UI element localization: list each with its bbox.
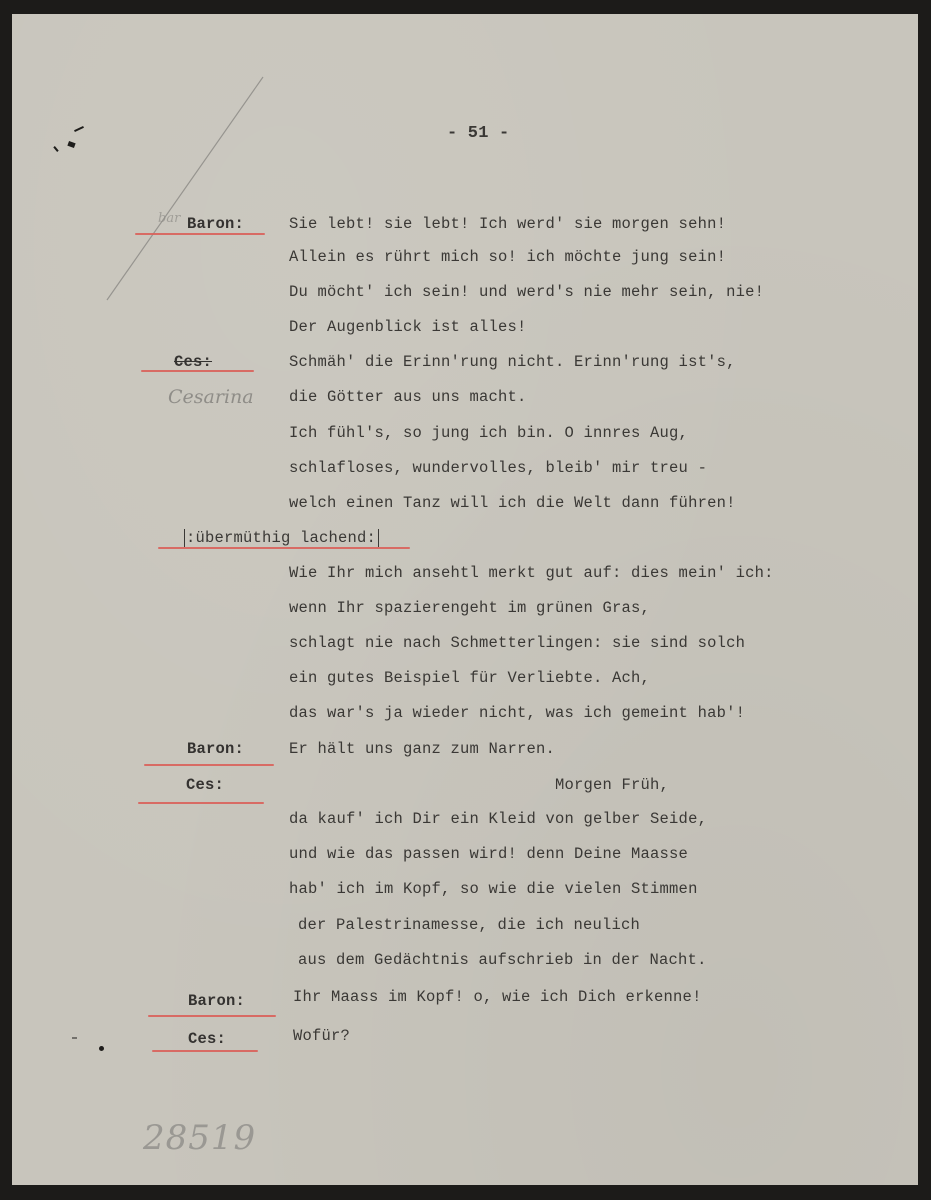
speaker-label: Baron: [187,215,244,233]
dialogue-line: Morgen Früh, [555,776,669,794]
red-underline-mark [135,233,265,235]
dialogue-line: und wie das passen wird! denn Deine Maas… [289,845,688,863]
dialogue-line: Wofür? [293,1027,350,1045]
dialogue-line: wenn Ihr spazierengeht im grünen Gras, [289,599,650,617]
dialogue-line: Ihr Maass im Kopf! o, wie ich Dich erken… [293,988,702,1006]
stage-direction: :übermüthig lachend: [184,529,379,547]
dialogue-line: Ich fühl's, so jung ich bin. O innres Au… [289,424,688,442]
pencil-margin-note: bar [158,211,180,226]
archive-number: 28519 [143,1118,256,1158]
red-underline-mark [152,1050,258,1052]
speaker-label: Ces: [188,1030,226,1048]
red-underline-mark [158,547,410,549]
speaker-label: Ces: [174,353,212,371]
dialogue-line: Er hält uns ganz zum Narren. [289,740,555,758]
page-number: - 51 - [447,124,509,143]
pencil-margin-note: Cesarina [168,386,254,408]
dialogue-line: das war's ja wieder nicht, was ich gemei… [289,704,745,722]
dialogue-line: da kauf' ich Dir ein Kleid von gelber Se… [289,810,707,828]
red-underline-mark [144,764,274,766]
dialogue-line: Du möcht' ich sein! und werd's nie mehr … [289,283,764,301]
speaker-label: Baron: [188,992,245,1010]
speaker-label: Baron: [187,740,244,758]
dialogue-line: Wie Ihr mich ansehtl merkt gut auf: dies… [289,564,774,582]
red-underline-mark [141,370,254,372]
dialogue-line: die Götter aus uns macht. [289,388,527,406]
dialogue-line: aus dem Gedächtnis aufschrieb in der Nac… [298,951,707,969]
red-underline-mark [138,802,264,804]
dialogue-line: schlafloses, wundervolles, bleib' mir tr… [289,459,707,477]
dialogue-line: Allein es rührt mich so! ich möchte jung… [289,248,726,266]
dialogue-line: Sie lebt! sie lebt! Ich werd' sie morgen… [289,215,726,233]
speaker-label: Ces: [186,776,224,794]
dialogue-line: der Palestrinamesse, die ich neulich [298,916,640,934]
dialogue-line: schlagt nie nach Schmetterlingen: sie si… [289,634,745,652]
dialogue-line: hab' ich im Kopf, so wie die vielen Stim… [289,880,698,898]
dialogue-line: welch einen Tanz will ich die Welt dann … [289,494,736,512]
dialogue-line: Schmäh' die Erinn'rung nicht. Erinn'rung… [289,353,736,371]
red-underline-mark [148,1015,276,1017]
dialogue-line: ein gutes Beispiel für Verliebte. Ach, [289,669,650,687]
dialogue-line: Der Augenblick ist alles! [289,318,527,336]
